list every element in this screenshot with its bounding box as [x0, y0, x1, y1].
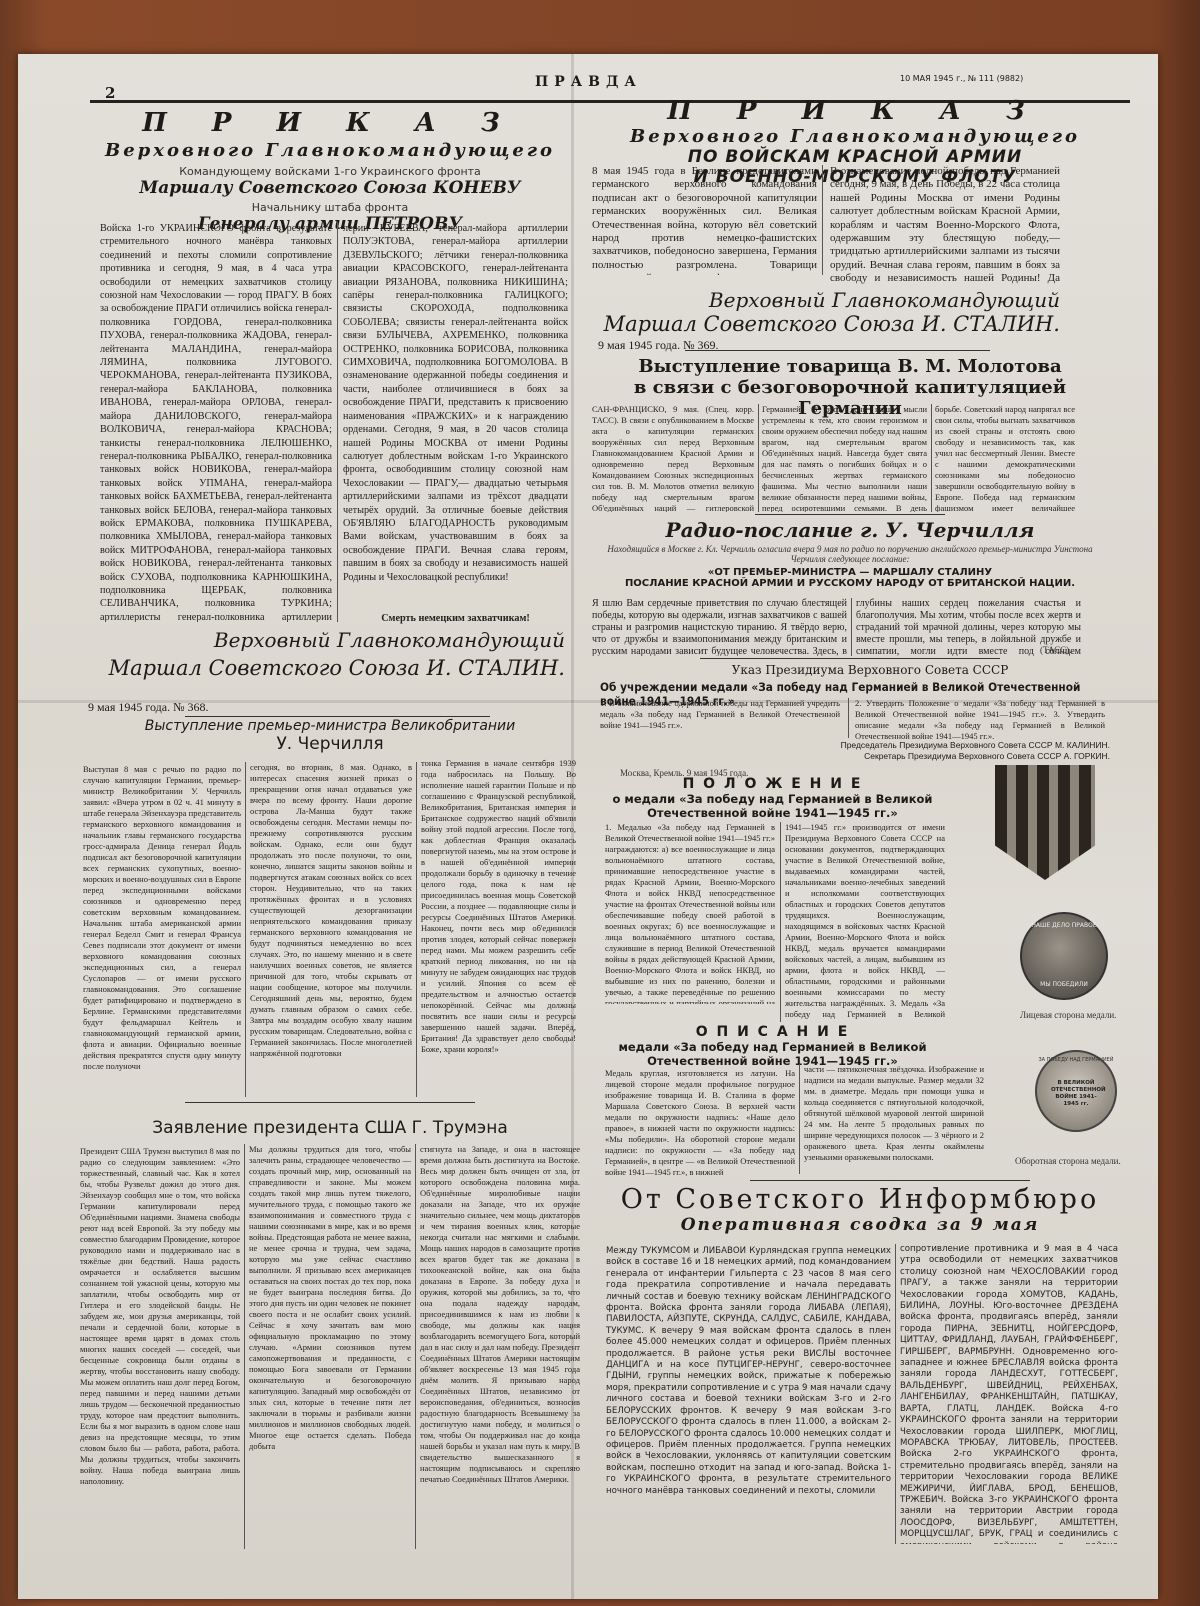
informburo-header: От Советского Информбюро Оперативная сво… — [600, 1184, 1120, 1235]
column-rule — [244, 1144, 245, 1549]
order-konev-col1: Войска 1-го УКРАИНСКОГО фронта в результ… — [100, 222, 332, 622]
column-rule — [799, 1064, 800, 1174]
churchill-radio-source: (ТАСС). — [1040, 645, 1071, 655]
order-army-navy-col1: 8 мая 1945 года в Берлине представителям… — [592, 165, 817, 275]
signature-title: Верховный Главнокомандующий — [100, 628, 565, 652]
medal-back-image: ЗА ПОБЕДУ НАД ГЕРМАНИЕЙ В ВЕЛИКОЙ ОТЕЧЕС… — [1035, 1050, 1117, 1132]
truman-col2: Мы должны трудиться для того, чтобы зале… — [249, 1144, 411, 1549]
description-header: О П И С А Н И Е медали «За победу над Ге… — [600, 1024, 945, 1068]
column-rule — [415, 1144, 416, 1549]
column-rule — [758, 404, 759, 512]
churchill-speech-title-line1: Выступление премьер-министра Великобрита… — [95, 718, 565, 734]
signature-name: Маршал Советского Союза И. СТАЛИН. — [590, 312, 1060, 336]
molotov-col2: Германией. В этот день наши мысли устрем… — [762, 404, 927, 512]
column-rule — [337, 222, 338, 622]
column-rule — [780, 822, 781, 1022]
column-rule — [931, 404, 932, 512]
page-number: 2 — [105, 84, 115, 102]
description-col2: части — пятиконечная звёздочка. Изображе… — [804, 1064, 984, 1174]
churchill-radio-header: Радио-послание г. У. Черчилля Находящийс… — [590, 518, 1110, 589]
churchill-radio-heading1: «ОТ ПРЕМЬЕР-МИНИСТРА — МАРШАЛУ СТАЛИНУ — [590, 567, 1110, 578]
churchill-speech-col3: тонка Германия в начале сентября 1939 го… — [421, 758, 576, 1098]
order-konev-date: 9 мая 1945 года. № 368. — [88, 700, 209, 715]
order-title: П Р И К А З — [590, 96, 1120, 126]
divider — [185, 1102, 475, 1103]
description-title: О П И С А Н И Е — [600, 1024, 945, 1040]
signature-name: Маршал Советского Союза И. СТАЛИН. — [100, 656, 565, 680]
order-addressee-line1: ПО ВОЙСКАМ КРАСНОЙ АРМИИ — [590, 147, 1120, 167]
churchill-radio-intro: Находящийся в Москве г. Кл. Черчилль огл… — [590, 544, 1110, 564]
order-konev-col2: лерии КУБЕЕВА, генерал-майора артиллерии… — [343, 222, 568, 610]
medal-front-bottom-text: МЫ ПОБЕДИЛИ — [1022, 981, 1106, 988]
decree-secretary: Секретарь Президиума Верховного Совета С… — [820, 751, 1110, 762]
order-army-navy-col2: В ознаменование полной победы над Герман… — [830, 165, 1060, 285]
churchill-speech-col2: сегодня, во вторник, 8 мая. Однако, в ин… — [250, 762, 412, 1097]
order-addressee-line2: Начальнику штаба фронта — [95, 201, 565, 214]
divider — [185, 716, 490, 717]
churchill-speech-title-line2: У. Черчилля — [95, 734, 565, 754]
truman-col3: стигнута на Западе, и она в настоящее вр… — [420, 1144, 580, 1549]
order-army-navy-signature: Верховный Главнокомандующий Маршал Совет… — [590, 288, 1060, 336]
informburo-col2: сопротивление противника и 9 мая в 4 час… — [900, 1244, 1118, 1544]
churchill-radio-heading2: ПОСЛАНИЕ КРАСНОЙ АРМИИ И РУССКОМУ НАРОДУ… — [590, 578, 1110, 589]
informburo-subtitle: Оперативная сводка за 9 мая — [600, 1215, 1120, 1235]
decree-chairman: Председатель Президиума Верховного Совет… — [820, 740, 1110, 751]
informburo-col1: Между ТУКУМСОМ и ЛИБАВОЙ Курляндская гру… — [606, 1246, 891, 1546]
issue-info: 10 МАЯ 1945 г., № 111 (9882) — [900, 74, 1023, 83]
regulation-title: П О Л О Ж Е Н И Е — [600, 776, 945, 792]
churchill-radio-col1: Я шлю Вам сердечные приветствия по случа… — [592, 598, 847, 656]
divider — [750, 1180, 1030, 1181]
decree-signatures: Председатель Президиума Верховного Совет… — [820, 740, 1110, 762]
newspaper-name: ПРАВДА — [535, 74, 642, 90]
truman-title: Заявление президента США Г. Трумэна — [95, 1118, 565, 1138]
medal-back-caption: Оборотная сторона медали. — [1015, 1156, 1121, 1166]
medal-front-top-text: НАШЕ ДЕЛО ПРАВОЕ — [1022, 922, 1106, 929]
order-konev-signature: Верховный Главнокомандующий Маршал Совет… — [100, 628, 565, 680]
order-konev-closing: Смерть немецким захватчикам! — [343, 612, 568, 625]
truman-header: Заявление президента США Г. Трумэна — [95, 1118, 565, 1138]
divider — [700, 658, 1000, 659]
order-addressee-line1: Командующему войсками 1-го Украинского ф… — [95, 165, 565, 178]
decree-header: Указ Президиума Верховного Совета СССР — [620, 663, 1120, 677]
column-rule — [822, 165, 823, 275]
decree-col2: 2. Утвердить Положение о медали «За побе… — [855, 698, 1105, 742]
date-text: 9 мая 1945 года. — [88, 700, 170, 714]
order-number: № 368. — [173, 700, 208, 714]
medal-front-image: НАШЕ ДЕЛО ПРАВОЕ МЫ ПОБЕДИЛИ — [1020, 912, 1108, 1000]
column-rule — [851, 598, 852, 656]
regulation-subtitle: о медали «За победу над Германией в Вели… — [600, 792, 945, 820]
churchill-speech-col1: Выступая 8 мая с речью по радио по случа… — [83, 764, 241, 1094]
column-rule — [848, 698, 849, 738]
medal-front-caption: Лицевая сторона медали. — [1020, 1010, 1116, 1020]
churchill-speech-header: Выступление премьер-министра Великобрита… — [95, 718, 565, 754]
medal-back-center-text: В ВЕЛИКОЙ ОТЕЧЕСТВЕННОЙ ВОЙНЕ 1941-1945 … — [1051, 1080, 1101, 1108]
molotov-col3: борьбе. Советский народ напрягал все сво… — [935, 404, 1075, 512]
divider — [685, 350, 990, 351]
regulation-header: П О Л О Ж Е Н И Е о медали «За победу на… — [600, 776, 945, 820]
regulation-col2: 1941—1945 гг.» производится от имени Пре… — [785, 822, 945, 1022]
divider — [755, 514, 945, 515]
medal-back-ring-text: ЗА ПОБЕДУ НАД ГЕРМАНИЕЙ — [1037, 1057, 1115, 1063]
order-konev-header: П Р И К А З Верховного Главнокомандующег… — [95, 108, 565, 234]
truman-col1: Президент США Трумэн выступил 8 мая по р… — [80, 1146, 240, 1551]
churchill-radio-title: Радио-послание г. У. Черчилля — [590, 518, 1110, 542]
decree-col1: 1. В ознаменование одержанной победы над… — [600, 698, 840, 731]
column-rule — [895, 1244, 896, 1544]
signature-title: Верховный Главнокомандующий — [590, 288, 1060, 312]
order-subtitle: Верховного Главнокомандующего — [95, 140, 565, 161]
informburo-title: От Советского Информбюро — [600, 1184, 1120, 1215]
order-addressee-name1: Маршалу Советского Союза КОНЕВУ — [95, 178, 565, 198]
column-rule — [245, 762, 246, 1097]
date-text: 9 мая 1945 года. — [598, 338, 680, 352]
order-title: П Р И К А З — [95, 108, 565, 138]
decree-header-text: Указ Президиума Верховного Совета СССР — [620, 663, 1120, 677]
description-col1: Медаль круглая, изготовляется из латуни.… — [605, 1068, 795, 1178]
molotov-col1: САН-ФРАНЦИСКО, 9 мая. (Спец. корр. ТАСС)… — [592, 404, 754, 512]
molotov-title-line1: Выступление товарища В. М. Молотова — [590, 356, 1110, 377]
regulation-col1: 1. Медалью «За победу над Германией в Ве… — [605, 822, 775, 1004]
order-subtitle: Верховного Главнокомандующего — [590, 126, 1120, 147]
column-rule — [416, 762, 417, 1097]
